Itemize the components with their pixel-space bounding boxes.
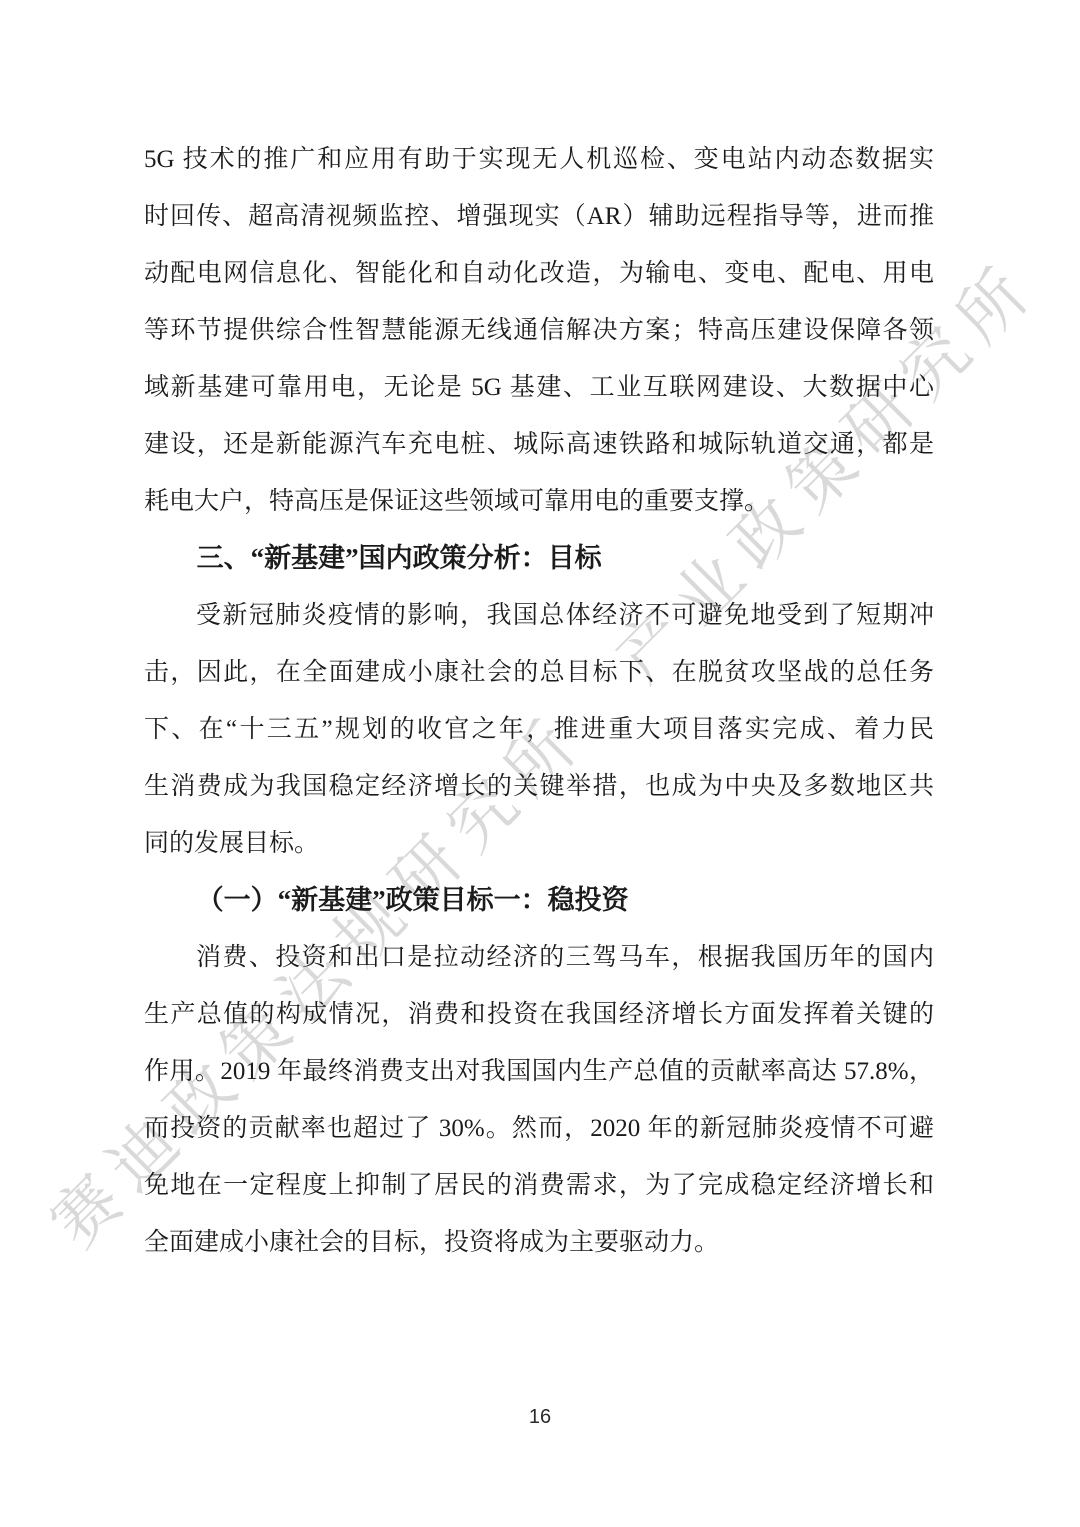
p3-line-6: 全面建成小康社会的目标，投资将成为主要驱动力。 [144,1214,934,1271]
p1-line-3: 动配电网信息化、智能化和自动化改造，为输电、变电、配电、用电 [144,245,934,302]
p3-line-2: 生产总值的构成情况，消费和投资在我国经济增长方面发挥着关键的 [144,986,934,1043]
p3-line-4: 而投资的贡献率也超过了 30%。然而，2020 年的新冠肺炎疫情不可避 [144,1100,934,1157]
document-page: 赛迪政策法规研究所 产业政策研究所 5G 技术的推广和应用有助于实现无人机巡检、… [0,0,1080,1527]
p2-line-1: 受新冠肺炎疫情的影响，我国总体经济不可避免地受到了短期冲 [144,587,934,644]
p1-line-1: 5G 技术的推广和应用有助于实现无人机巡检、变电站内动态数据实 [144,131,934,188]
p1-line-7: 耗电大户，特高压是保证这些领域可靠用电的重要支撑。 [144,473,934,530]
section-heading-domestic-policy-goals: 三、“新基建”国内政策分析：目标 [144,530,934,587]
p1-line-5: 域新基建可靠用电，无论是 5G 基建、工业互联网建设、大数据中心 [144,359,934,416]
p1-line-6: 建设，还是新能源汽车充电桩、城际高速铁路和城际轨道交通，都是 [144,416,934,473]
p3-line-5: 免地在一定程度上抑制了居民的消费需求，为了完成稳定经济增长和 [144,1157,934,1214]
p1-line-2: 时回传、超高清视频监控、增强现实（AR）辅助远程指导等，进而推 [144,188,934,245]
p1-line-4: 等环节提供综合性智慧能源无线通信解决方案；特高压建设保障各领 [144,302,934,359]
p3-line-3: 作用。2019 年最终消费支出对我国国内生产总值的贡献率高达 57.8%， [144,1043,934,1100]
p2-line-5: 同的发展目标。 [144,815,934,872]
page-number: 16 [0,1406,1080,1429]
p2-line-4: 生消费成为我国稳定经济增长的关键举措，也成为中央及多数地区共 [144,758,934,815]
p2-line-3: 下、在“十三五”规划的收官之年，推进重大项目落实完成、着力民 [144,701,934,758]
subsection-heading-stable-investment: （一）“新基建”政策目标一：稳投资 [144,872,934,929]
p3-line-1: 消费、投资和出口是拉动经济的三驾马车，根据我国历年的国内 [144,929,934,986]
document-content: 5G 技术的推广和应用有助于实现无人机巡检、变电站内动态数据实 时回传、超高清视… [144,131,934,1271]
p2-line-2: 击，因此，在全面建成小康社会的总目标下、在脱贫攻坚战的总任务 [144,644,934,701]
